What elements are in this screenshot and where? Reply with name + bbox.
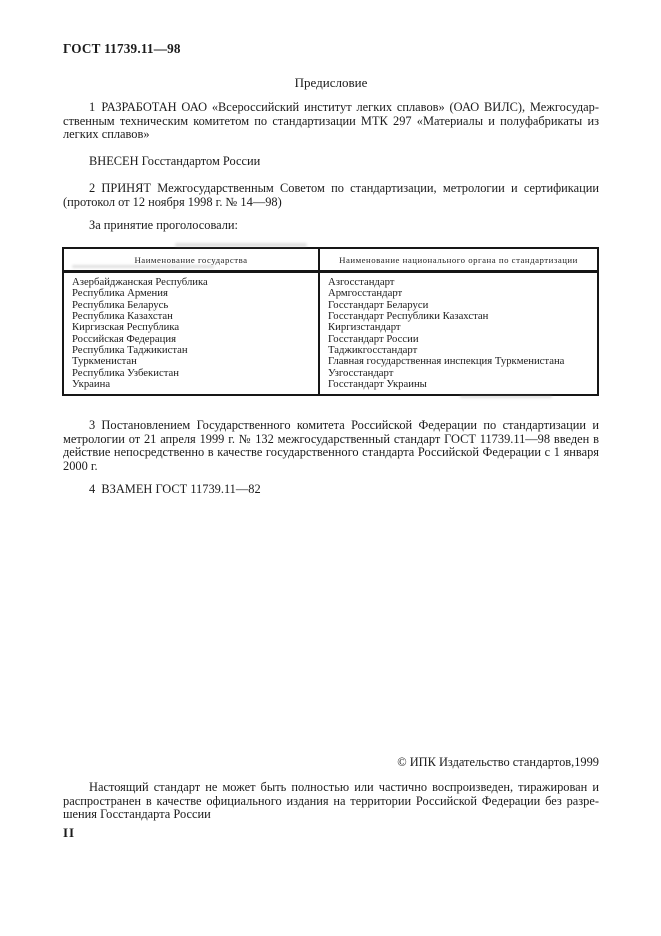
copyright-line: © ИПК Издательство стандартов,1999 xyxy=(63,756,599,770)
paragraph-line: метрологии от 21 апреля 1999 г. № 132 ме… xyxy=(63,433,599,447)
document-page: ГОСТ 11739.11—98 Предисловие 1 РАЗРАБОТА… xyxy=(0,0,661,936)
org-cell: Киргизстандарт xyxy=(319,322,598,333)
scan-artifact xyxy=(175,243,307,247)
org-cell: Госстандарт Республики Казахстан xyxy=(319,311,598,322)
paragraph-line: легких сплавов» xyxy=(63,128,599,142)
vote-table: Наименование государства Наименование на… xyxy=(62,247,599,396)
page-number: II xyxy=(63,825,75,841)
paragraph-line: Настоящий стандарт не может быть полност… xyxy=(63,781,599,795)
table-row: Азербайджанская Республика Азгосстандарт xyxy=(63,272,598,289)
table-row: Туркменистан Главная государственная инс… xyxy=(63,356,598,367)
org-cell: Узгосстандарт xyxy=(319,368,598,379)
country-cell: Российская Федерация xyxy=(63,334,319,345)
paragraph-line: 2 ПРИНЯТ Межгосударственным Советом по с… xyxy=(63,182,599,196)
foreword-item-1: 1 РАЗРАБОТАН ОАО «Всероссийский институт… xyxy=(63,101,599,142)
country-cell: Азербайджанская Республика xyxy=(63,272,319,289)
scan-artifact xyxy=(72,265,214,268)
table-row: Российская Федерация Госстандарт России xyxy=(63,334,598,345)
table-row: Республика Беларусь Госстандарт Беларуси xyxy=(63,300,598,311)
country-cell: Республика Беларусь xyxy=(63,300,319,311)
table-row: Киргизская Республика Киргизстандарт xyxy=(63,322,598,333)
column-header-org: Наименование национального органа по ста… xyxy=(319,248,598,272)
org-cell: Главная государственная инспекция Туркме… xyxy=(319,356,598,367)
table-row: Республика Таджикистан Таджикгосстандарт xyxy=(63,345,598,356)
table-row: Республика Армения Армгосстандарт xyxy=(63,288,598,299)
paragraph-line: шения Госстандарта России xyxy=(63,808,599,822)
vote-intro-line: За принятие проголосовали: xyxy=(63,219,599,233)
paragraph-line: распространен в качестве официального из… xyxy=(63,795,599,809)
country-cell: Республика Армения xyxy=(63,288,319,299)
org-cell: Азгосстандарт xyxy=(319,272,598,289)
foreword-item-4: 4 ВЗАМЕН ГОСТ 11739.11—82 xyxy=(63,483,599,497)
paragraph-line: действие непосредственно в качестве госу… xyxy=(63,446,599,460)
country-cell: Республика Таджикистан xyxy=(63,345,319,356)
scan-artifact xyxy=(460,395,552,398)
paragraph-line: ственным техническим комитетом по станда… xyxy=(63,115,599,129)
org-cell: Госстандарт Беларуси xyxy=(319,300,598,311)
org-cell: Госстандарт Украины xyxy=(319,379,598,395)
paragraph-line: 1 РАЗРАБОТАН ОАО «Всероссийский институт… xyxy=(63,101,599,115)
table-row: Украина Госстандарт Украины xyxy=(63,379,598,395)
table-row: Республика Узбекистан Узгосстандарт xyxy=(63,368,598,379)
foreword-submitted-line: ВНЕСЕН Госстандартом России xyxy=(63,155,599,169)
foreword-item-2: 2 ПРИНЯТ Межгосударственным Советом по с… xyxy=(63,182,599,209)
country-cell: Республика Казахстан xyxy=(63,311,319,322)
foreword-item-3: 3 Постановлением Государственного комите… xyxy=(63,419,599,473)
page-title: Предисловие xyxy=(63,75,599,91)
country-cell: Киргизская Республика xyxy=(63,322,319,333)
standard-number-header: ГОСТ 11739.11—98 xyxy=(63,41,181,57)
org-cell: Госстандарт России xyxy=(319,334,598,345)
country-cell: Украина xyxy=(63,379,319,395)
paragraph-line: 3 Постановлением Государственного комите… xyxy=(63,419,599,433)
paragraph-line: 2000 г. xyxy=(63,460,599,474)
country-cell: Республика Узбекистан xyxy=(63,368,319,379)
org-cell: Армгосстандарт xyxy=(319,288,598,299)
org-cell: Таджикгосстандарт xyxy=(319,345,598,356)
table-row: Республика Казахстан Госстандарт Республ… xyxy=(63,311,598,322)
restriction-paragraph: Настоящий стандарт не может быть полност… xyxy=(63,781,599,822)
paragraph-line: (протокол от 12 ноября 1998 г. № 14—98) xyxy=(63,196,599,210)
country-cell: Туркменистан xyxy=(63,356,319,367)
